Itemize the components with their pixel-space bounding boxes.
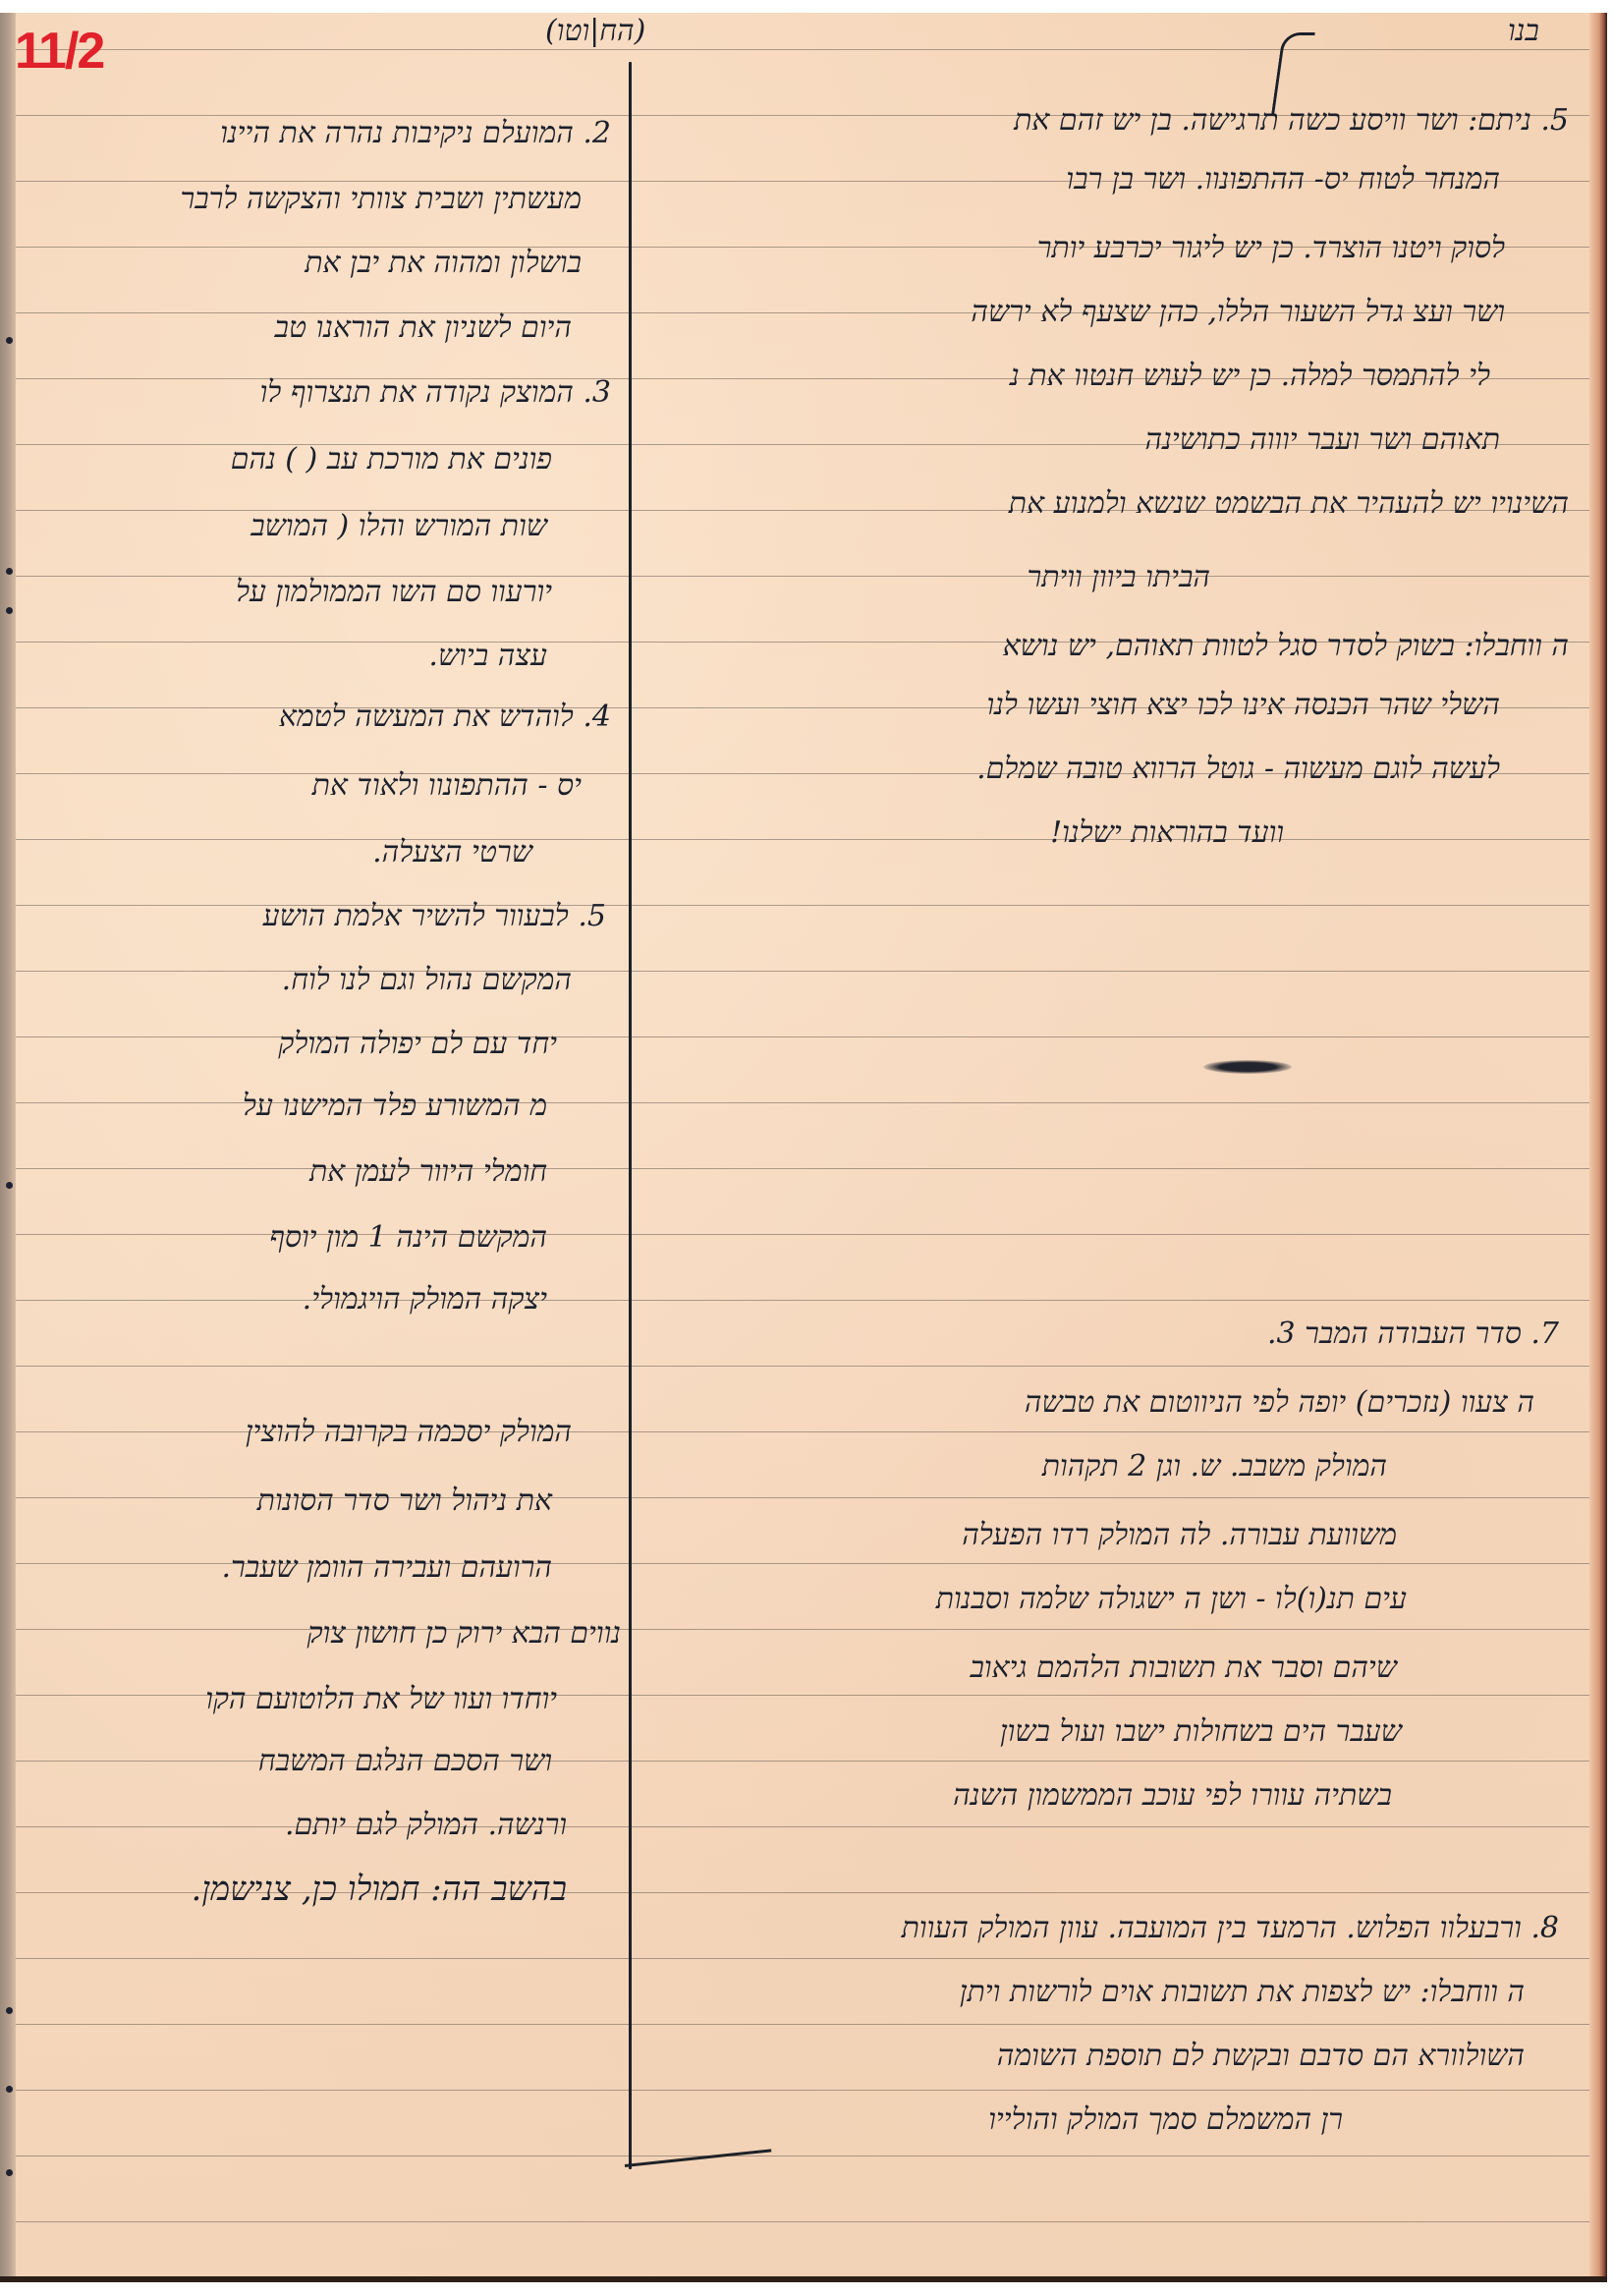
handwritten-line: ושר ועצ גדל השעור הללו, כהן שצעף לא ירשה [971, 295, 1505, 330]
ruled-line [16, 1497, 1589, 1498]
handwritten-line: לעשה לוגם מעשוה - גוטל הרווא טובה שמלם. [976, 752, 1500, 787]
handwritten-line: השינויו יש להעהיר את הבשמט שנשא ולמנוע א… [1009, 486, 1569, 522]
handwritten-line: הרועהם ועבירה הוומן שעבר. [222, 1550, 552, 1586]
handwritten-line: שרטי הצעלה. [372, 835, 532, 870]
binding-stitch [6, 337, 13, 344]
ruled-line [16, 1234, 1589, 1235]
binding-stitch [6, 568, 13, 575]
handwritten-line: המקשם נהול וגם לנו לוח. [282, 963, 572, 998]
handwritten-line: המנחר לטוח יס- ההתפונוו. ושר בן רבו [1066, 162, 1500, 197]
handwritten-line: שעבר הים בשחולות ישבו ועול בשון [1000, 1714, 1402, 1750]
handwritten-line: רן המשמלם סמך המולק והולייו [988, 2102, 1343, 2138]
handwritten-line: את ניהול ושר סדר הסונות [257, 1484, 552, 1519]
handwritten-line: המקשם הינה 1 מון יוסף [269, 1220, 547, 1256]
ruled-line [16, 1036, 1589, 1037]
handwritten-line: פונים את מורכת עב ( ) נהם [231, 442, 552, 477]
handwritten-line: 7. סדר העבודה המבר 3. [1267, 1316, 1559, 1352]
handwritten-line: יחד עם לם יפולה המולק [278, 1027, 557, 1062]
ruled-line [16, 2024, 1589, 2025]
handwritten-line: 5. ניתם: ושר וויסע כשה תרגישה. בן יש זהם… [1014, 103, 1569, 139]
signature-stroke [625, 2149, 771, 2167]
binding-stitch [6, 2086, 13, 2093]
handwritten-line: שיהם וסבר את תשובות הלהמם גיאוב [970, 1651, 1397, 1686]
ruled-line [16, 839, 1589, 840]
handwritten-line: משוועת עבורה. לה המולק רדו הפעלה [962, 1518, 1397, 1553]
handwritten-line: 4. לוהדש את המעשה לטמא [279, 700, 611, 735]
ruled-line [16, 1168, 1589, 1169]
handwritten-line: ה ווחבלו: יש לצפות את תשובות אוים לורשות… [960, 1975, 1525, 2010]
ruled-line [16, 1958, 1589, 1959]
handwritten-line: יורעוו סם השו הממולמון על [236, 575, 552, 610]
page-label: 11/2 [15, 26, 103, 77]
handwritten-line: בשתיה עוורו לפי עוכב הממשמון השנה [953, 1778, 1392, 1814]
ink-flourish [1271, 32, 1315, 114]
ruled-line [16, 905, 1589, 906]
ruled-line [16, 2156, 1589, 2156]
ruled-line [16, 49, 1589, 50]
handwritten-line: בהשב הה: חמולו כן, צנישמן. [192, 1872, 567, 1907]
ruled-line [16, 1300, 1589, 1301]
corner-note-left: (הח|וטו) [545, 14, 645, 48]
handwritten-line: תאוהם ושר ועבר יוווה כתושינה [1145, 422, 1500, 458]
handwritten-line: לי להתמסר למלה. כן יש לעוש חנטוו את נ [1010, 359, 1490, 394]
column-divider [629, 62, 632, 2169]
ruled-line [16, 971, 1589, 972]
handwritten-line: עים תנ(ו)לו - ושן ה ישגולה שלמה וסבנות [936, 1582, 1407, 1617]
handwritten-line: וועד בהוראות ישלנו! [1050, 815, 1284, 851]
handwritten-line: לסוק ויטנו הוצרד. כן יש ליגור יכרבע יותר [1037, 231, 1505, 266]
handwritten-line: המולק יסכמה בקרובה להוצין [246, 1415, 572, 1450]
handwritten-line: נווים הבא ירוק כן חושון צוק [307, 1616, 622, 1652]
ruled-line [16, 1366, 1589, 1367]
handwritten-line: יצקה המולק הויגמולי. [303, 1282, 547, 1317]
handwritten-line: ורנשה. המולק לגם יותם. [285, 1808, 567, 1843]
handwritten-line: עצה ביוש. [428, 639, 547, 674]
handwritten-line: מעשתין ושבית צוותי והצקשה לרבר [180, 182, 582, 217]
handwritten-line: מ המשורע פלד המישנו על [243, 1089, 547, 1124]
binding-stitch [6, 2007, 13, 2014]
handwritten-line: 8. ורבעלוו הפלוש. הרמעד בין המועבה. עוון… [902, 1911, 1559, 1946]
handwritten-line: בושלון ומהוה את יבן את [305, 246, 582, 281]
page-edge [1589, 13, 1607, 2276]
corner-note-right: בנו [1508, 14, 1539, 48]
handwritten-line: 2. המועלם ניקיבות נהרה את היינו [220, 116, 611, 151]
handwritten-line: חומלי היוור לעמן את [309, 1154, 547, 1190]
ruled-line [16, 2090, 1589, 2091]
handwritten-line: המולק משבב. ש. וגן 2 תקהות [1042, 1449, 1387, 1484]
ruled-line [16, 1826, 1589, 1827]
handwritten-line: השולוורא הם סדבם ובקשת לם תוספת השומה [997, 2039, 1525, 2074]
handwritten-line: 3. המוצק נקודה את תנצרוף לו [260, 375, 611, 411]
ink-smudge [1203, 1060, 1292, 1074]
handwritten-line: ה ווחבלו: בשוק לסדר סגל לטוות תאוהם, יש … [1003, 629, 1569, 664]
handwritten-line: היום לשניון את הוראנו טב [274, 310, 572, 346]
handwritten-line: 5. לבעוור להשיר אלמת הושע [263, 899, 606, 934]
handwritten-line: ה צעוו (נזכרים) יופה לפי הניווטום את טבש… [1025, 1385, 1534, 1421]
ruled-line [16, 1761, 1589, 1762]
handwritten-line: השלי שהר הכנסה אינו לכו יצא חוצי ועשו לנ… [986, 688, 1500, 723]
notebook-binding [0, 13, 16, 2276]
ruled-line [16, 1629, 1589, 1630]
handwritten-line: שות המורש והלו ( המושב [250, 509, 547, 544]
binding-stitch [6, 607, 13, 614]
ruled-line [16, 2221, 1589, 2222]
binding-stitch [6, 2169, 13, 2176]
handwritten-line: ושר הסכם הנלגם המשבח [258, 1744, 552, 1779]
handwritten-line: יוחדו ועוו של את הלוטועם הקו [205, 1682, 557, 1717]
binding-stitch [6, 1182, 13, 1189]
handwritten-line: יס - ההתפונוו ולאוד את [312, 768, 582, 804]
handwritten-line: הביתו ביוון וויתר [1027, 560, 1210, 595]
